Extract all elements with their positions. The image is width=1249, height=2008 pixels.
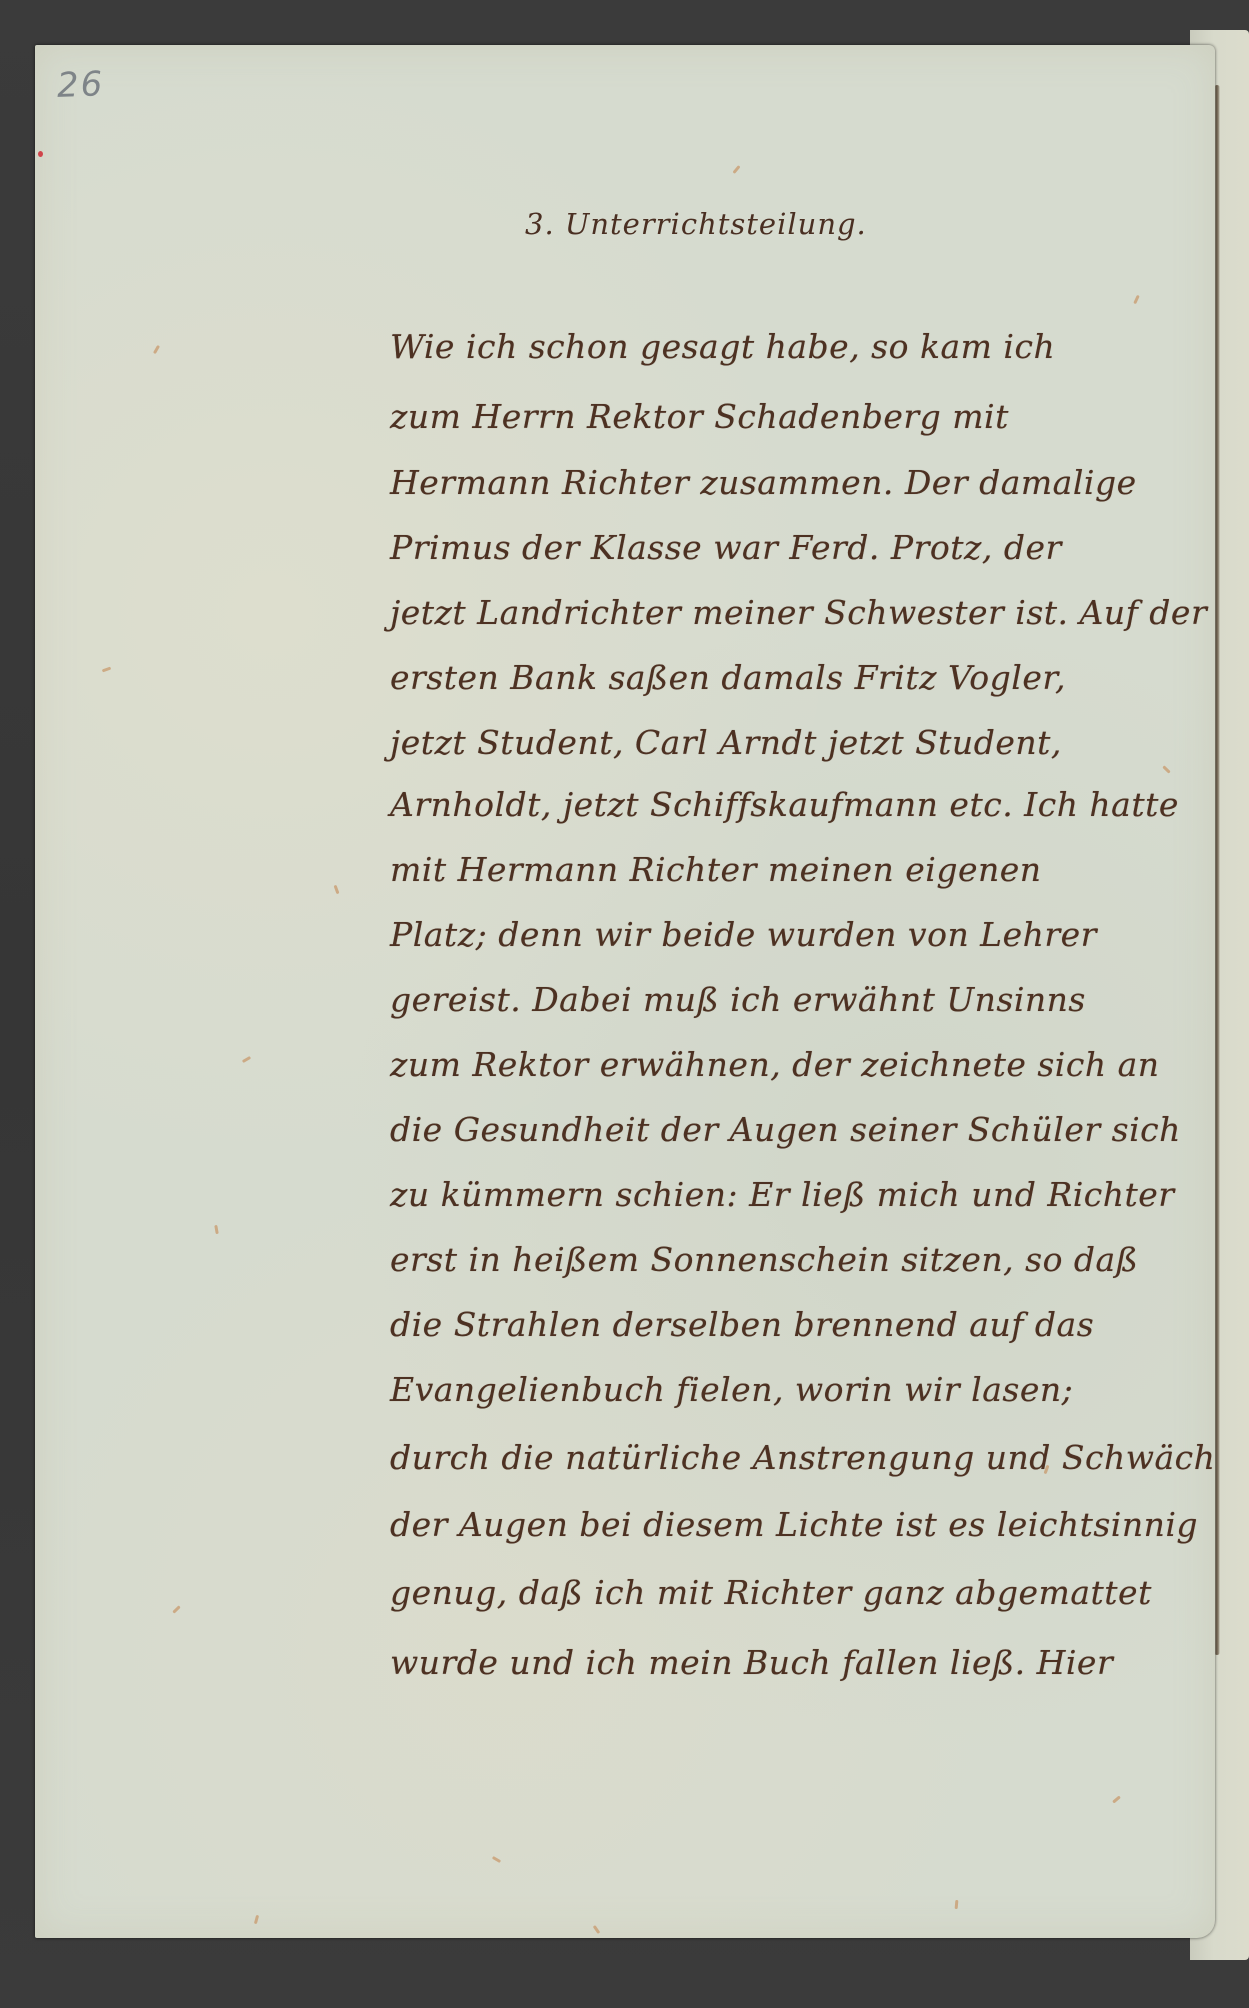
manuscript-line: durch die natürliche Anstrengung und Sch… [390,1438,1170,1477]
manuscript-line: erst in heißem Sonnenschein sitzen, so d… [390,1240,1170,1279]
manuscript-line: Primus der Klasse war Ferd. Protz, der [390,528,1170,567]
manuscript-line: Hermann Richter zusammen. Der damalige [390,463,1170,502]
manuscript-line: jetzt Student, Carl Arndt jetzt Student, [390,723,1170,762]
manuscript-line: mit Hermann Richter meinen eigenen [390,850,1170,889]
manuscript-line: die Strahlen derselben brennend auf das [390,1305,1170,1344]
manuscript-body: Wie ich schon gesagt habe, so kam ich zu… [35,45,1215,1938]
manuscript-line: zu kümmern schien: Er ließ mich und Rich… [390,1175,1170,1214]
manuscript-line: zum Herrn Rektor Schadenberg mit [390,397,1170,436]
manuscript-line: jetzt Landrichter meiner Schwester ist. … [390,593,1170,632]
manuscript-line: gereist. Dabei muß ich erwähnt Unsinns [390,980,1170,1019]
manuscript-line: Wie ich schon gesagt habe, so kam ich [390,327,1170,366]
manuscript-line: die Gesundheit der Augen seiner Schüler … [390,1110,1170,1149]
manuscript-line: der Augen bei diesem Lichte ist es leich… [390,1505,1170,1544]
manuscript-line: zum Rektor erwähnen, der zeichnete sich … [390,1045,1170,1084]
manuscript-line: wurde und ich mein Buch fallen ließ. Hie… [390,1643,1170,1682]
manuscript-line: genug, daß ich mit Richter ganz abgematt… [390,1573,1170,1612]
manuscript-page: 26 3. Unterrichtsteilung. Wie ich schon … [35,45,1215,1938]
manuscript-line: ersten Bank saßen damals Fritz Vogler, [390,658,1170,697]
manuscript-line: Platz; denn wir beide wurden von Lehrer [390,915,1170,954]
manuscript-line: Evangelienbuch fielen, worin wir lasen; [390,1370,1170,1409]
manuscript-line: Arnholdt, jetzt Schiffskaufmann etc. Ich… [390,785,1170,824]
